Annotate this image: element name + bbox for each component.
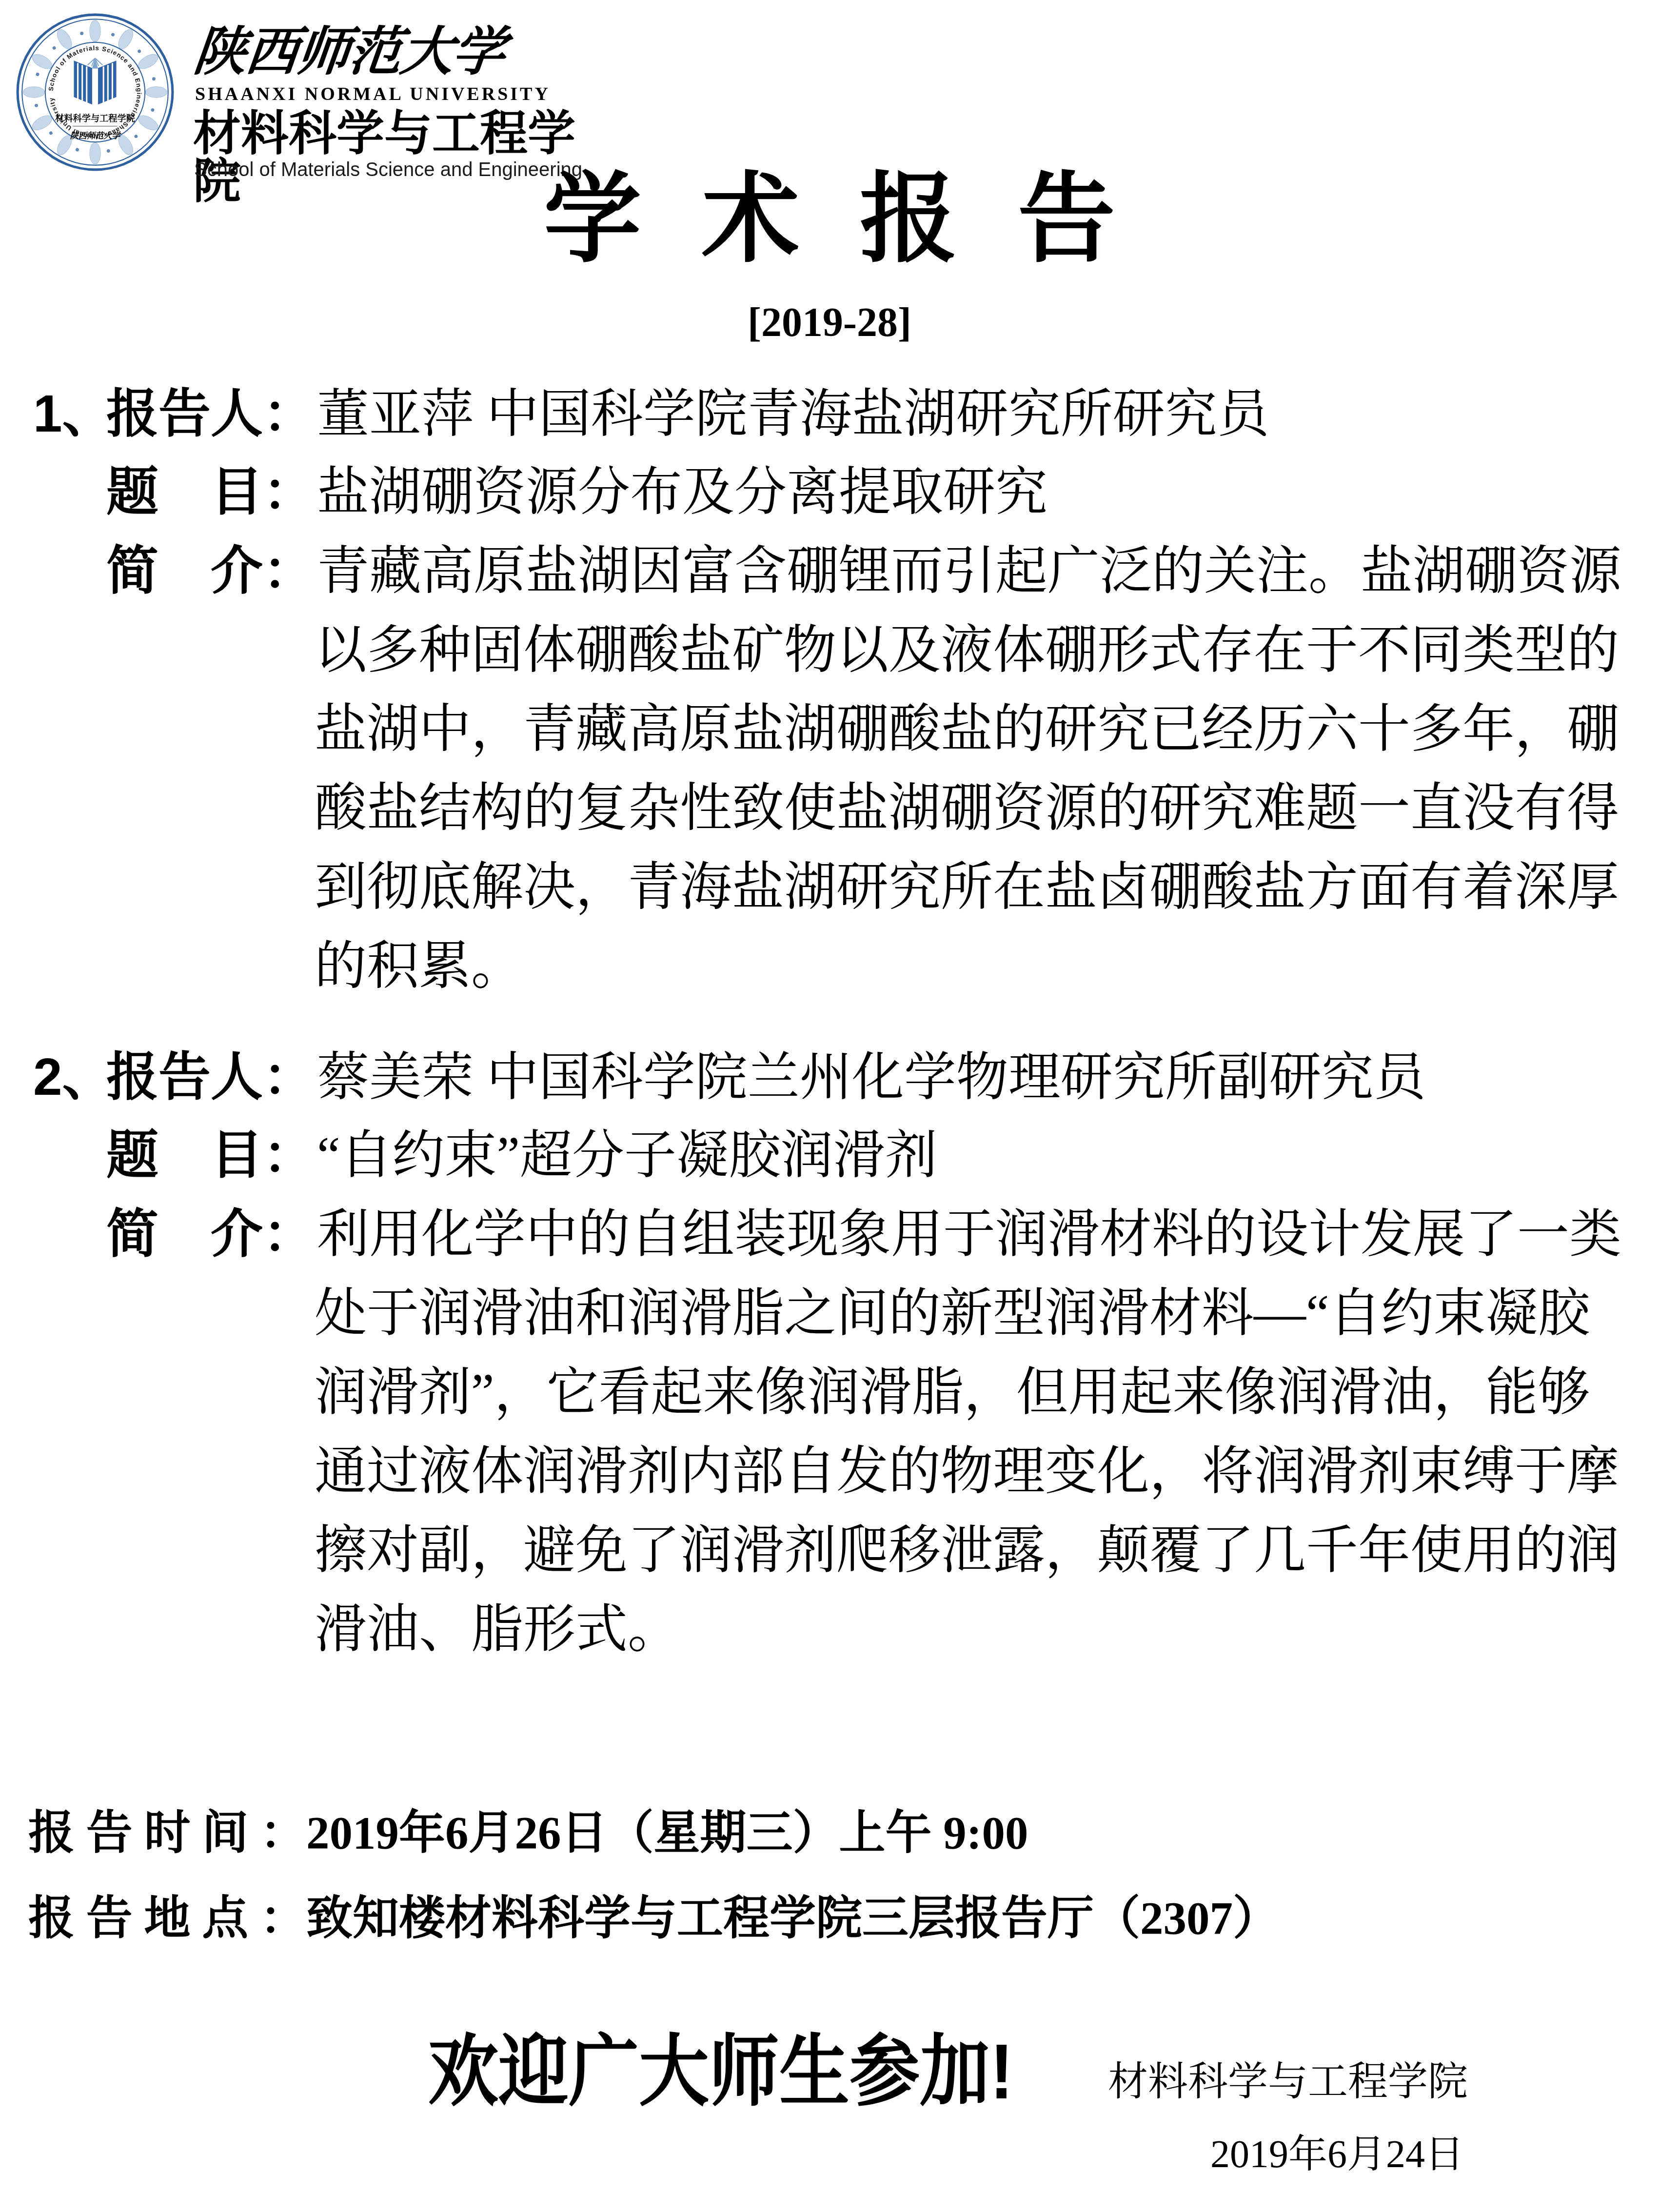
intro-text: 处于润滑油和润滑脂之间的新型润滑材料—“自约束凝胶 xyxy=(315,1285,1590,1343)
section2-intro-line: 处于润滑油和润滑脂之间的新型润滑材料—“自约束凝胶 xyxy=(0,1288,1659,1340)
section2-speaker-label: 报告人： xyxy=(106,1052,317,1104)
section1-speaker: 董亚萍 中国科学院青海盐湖研究所研究员 xyxy=(317,386,1269,443)
open-book-icon xyxy=(74,58,116,104)
section2-speaker-row: 2、报告人：蔡美荣 中国科学院兰州化学物理研究所副研究员 xyxy=(0,1051,1659,1104)
section1-topic: 盐湖硼资源分布及分离提取研究 xyxy=(317,464,1047,521)
intro-text: 通过液体润滑剂内部自发的物理变化，将润滑剂束缚于摩 xyxy=(315,1443,1619,1501)
seal-waveform-ring xyxy=(23,20,167,164)
section1-intro-line: 的积累。 xyxy=(0,941,1659,993)
section2-topic: “自约束”超分子凝胶润滑剂 xyxy=(317,1127,937,1185)
intro-text: 润滑剂”，它看起来像润滑脂，但用起来像润滑油，能够 xyxy=(315,1364,1590,1422)
section2-intro-line: 利用化学中的自组装现象用于润滑材料的设计发展了一类 xyxy=(317,1206,1621,1264)
section2-number: 2、 xyxy=(33,1051,106,1103)
section2-intro-label: 简 介： xyxy=(106,1209,317,1261)
intro-text: 盐湖中，青藏高原盐湖硼酸盐的研究已经历六十多年，硼 xyxy=(315,701,1619,758)
section2-topic-label: 题 目： xyxy=(106,1130,317,1182)
signature-date: 2019年6月24日 xyxy=(1210,2135,1464,2174)
section2-intro-line: 擦对副，避免了润滑剂爬移泄露，颠覆了几千年使用的润 xyxy=(0,1525,1659,1577)
intro-text: 擦对副，避免了润滑剂爬移泄露，颠覆了几千年使用的润 xyxy=(315,1522,1619,1580)
section1-intro-label: 简 介： xyxy=(106,546,317,598)
university-name-cn: 陕西师范大学 xyxy=(191,25,507,78)
school-seal-icon: School of Materials Science and Engineer… xyxy=(14,11,177,174)
report-code: [2019-28] xyxy=(0,302,1659,343)
report-time-label: 报 告 时 间 ： xyxy=(28,1807,306,1859)
report-place-row: 报 告 地 点 ：致知楼材料科学与工程学院三层报告厅（2307） xyxy=(28,1896,1279,1942)
intro-text: 以多种固体硼酸盐矿物以及液体硼形式存在于不同类型的 xyxy=(315,622,1619,679)
section1-speaker-row: 1、报告人：董亚萍 中国科学院青海盐湖研究所研究员 xyxy=(0,388,1659,441)
section2-intro-line: 通过液体润滑剂内部自发的物理变化，将润滑剂束缚于摩 xyxy=(0,1446,1659,1498)
logo-text-block: 陕西师范大学 SHAANXI NORMAL UNIVERSITY 材料科学与工程… xyxy=(193,16,612,177)
university-name-en: SHAANXI NORMAL UNIVERSITY xyxy=(195,85,551,103)
section1-intro-row: 简 介：青藏高原盐湖因富含硼锂而引起广泛的关注。盐湖硼资源 xyxy=(0,546,1659,598)
signature-school: 材料科学与工程学院 xyxy=(1108,2062,1468,2102)
section2-intro-row: 简 介：利用化学中的自组装现象用于润滑材料的设计发展了一类 xyxy=(0,1209,1659,1261)
section1-topic-label: 题 目： xyxy=(106,467,317,519)
section1-intro-line: 酸盐结构的复杂性致使盐湖硼资源的研究难题一直没有得 xyxy=(0,783,1659,835)
section1-intro-line: 到彻底解决，青海盐湖研究所在盐卤硼酸盐方面有着深厚 xyxy=(0,862,1659,914)
seal-school-name: 材料科学与工程学院 xyxy=(55,113,136,123)
report-time-row: 报 告 时 间 ：2019年6月26日（星期三）上午 9:00 xyxy=(28,1810,1028,1856)
report-time-value: 2019年6月26日（星期三）上午 9:00 xyxy=(306,1807,1028,1859)
announcement-page: School of Materials Science and Engineer… xyxy=(0,0,1659,2212)
seal-university-name: 陕西师范大学 xyxy=(70,131,121,141)
section1-topic-row: 题 目：盐湖硼资源分布及分离提取研究 xyxy=(0,467,1659,519)
intro-text: 到彻底解决，青海盐湖研究所在盐卤硼酸盐方面有着深厚 xyxy=(315,859,1619,916)
welcome-message: 欢迎广大师生参加! xyxy=(428,2033,1013,2111)
intro-text: 滑油、脂形式。 xyxy=(315,1601,680,1659)
section2-intro-line: 滑油、脂形式。 xyxy=(0,1604,1659,1656)
report-place-value: 致知楼材料科学与工程学院三层报告厅（2307） xyxy=(306,1893,1279,1944)
intro-text: 酸盐结构的复杂性致使盐湖硼资源的研究难题一直没有得 xyxy=(315,780,1619,837)
section2-speaker: 蔡美荣 中国科学院兰州化学物理研究所副研究员 xyxy=(317,1049,1426,1106)
intro-text: 的积累。 xyxy=(315,938,523,995)
section2-topic-row: 题 目：“自约束”超分子凝胶润滑剂 xyxy=(0,1130,1659,1182)
report-place-label: 报 告 地 点 ： xyxy=(28,1893,306,1944)
section1-intro-line: 以多种固体硼酸盐矿物以及液体硼形式存在于不同类型的 xyxy=(0,625,1659,677)
header-logo: School of Materials Science and Engineer… xyxy=(14,11,609,177)
page-title: 学术报告 xyxy=(0,172,1659,269)
section1-intro-line: 青藏高原盐湖因富含硼锂而引起广泛的关注。盐湖硼资源 xyxy=(317,543,1621,600)
section1-number: 1、 xyxy=(33,388,106,440)
section2-intro-line: 润滑剂”，它看起来像润滑脂，但用起来像润滑油，能够 xyxy=(0,1367,1659,1419)
section1-intro-line: 盐湖中，青藏高原盐湖硼酸盐的研究已经历六十多年，硼 xyxy=(0,704,1659,756)
section1-speaker-label: 报告人： xyxy=(106,389,317,441)
